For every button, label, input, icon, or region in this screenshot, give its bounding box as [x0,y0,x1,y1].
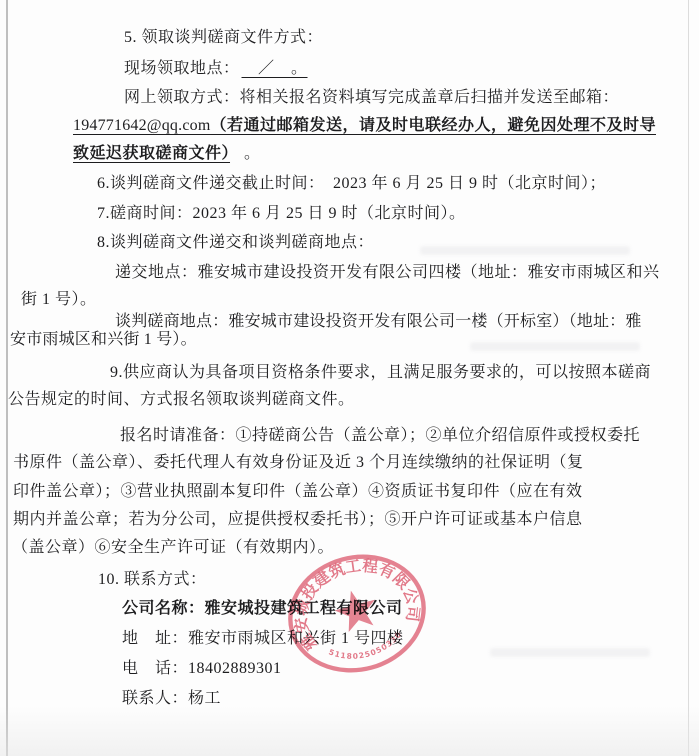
company-name-label: 公司名称： [122,600,205,617]
item7-time: 7.磋商时间：2023 年 6 月 25 日 9 时（北京时间）。 [97,204,466,223]
onsite-pickup-blank: ／ 。 [240,59,310,78]
email-note-line1: （若通过邮箱发送，请及时电联经办人，避免因处理不及时导 [210,117,656,134]
prepare-line3: 印件盖公章）；③营业执照副本复印件（盖公章）④资质证书复印件（应在有效 [13,482,583,501]
prepare-line2: 书原件（盖公章）、委托代理人有效身份证及近 3 个月连续缴纳的社保证明（复 [13,453,584,472]
contact-person-label: 联系人： [122,690,188,707]
scan-bleed-artifact [420,246,630,255]
email-note-period: 。 [244,145,261,162]
item9-line1: 9.供应商认为具备项目资格条件要求，且满足服务要求的，可以按照本磋商 [110,363,651,382]
item6-deadline: 6.谈判磋商文件递交截止时间： 2023 年 6 月 25 日 9 时（北京时间… [97,174,606,193]
email-address: 194771642@qq.com [73,117,210,134]
submit-location-line2: 街 1 号）。 [21,290,97,309]
item5-heading: 5. 领取谈判磋商文件方式： [124,28,323,47]
item8-heading: 8.谈判磋商文件递交和谈判磋商地点： [97,233,374,252]
email-note-line2-wrap: 致延迟获取磋商文件）。 [73,144,261,163]
submit-location-line1: 递交地点：雅安城市建设投资开发有限公司四楼（地址：雅安市雨城区和兴 [115,263,660,282]
phone-label: 电 话： [122,660,188,677]
online-method-line: 网上领取方式：将相关报名资料填写完成盖章后扫描并发送至邮箱： [124,88,619,107]
contact-person-line: 联系人：杨工 [122,689,221,708]
scan-bleed-artifact [490,648,650,657]
address-label: 地 址： [122,630,188,647]
contact-person-value: 杨工 [188,690,221,707]
seal-number-text: 5118025050330 [326,628,408,668]
scan-edge-left [6,0,8,756]
prepare-line4: 期内并盖公章；若为分公司，应提供授权委托书）；⑤开户许可证或基本户信息 [13,510,583,529]
onsite-pickup-label: 现场领取地点： [124,60,240,77]
phone-value: 18402889301 [188,660,282,677]
svg-text:5118025050330: 5118025050330 [326,628,408,668]
email-note-line2: 致延迟获取磋商文件） [73,145,230,162]
scan-bottom-shade [0,706,699,756]
phone-line: 电 话：18402889301 [122,659,282,678]
item10-heading: 10. 联系方式： [98,570,207,589]
negotiation-location-line1: 谈判磋商地点：雅安城市建设投资开发有限公司一楼（开标室）（地址：雅 [115,312,642,331]
negotiation-location-line2: 安市雨城区和兴街 1 号）。 [10,330,197,349]
prepare-line1: 报名时请准备：①持磋商公告（盖公章）；②单位介绍信原件或授权委托 [120,426,640,445]
scanned-document-page: 5. 领取谈判磋商文件方式： 现场领取地点： ／ 。 网上领取方式：将相关报名资… [0,0,699,756]
email-line: 194771642@qq.com（若通过邮箱发送，请及时电联经办人，避免因处理不… [73,116,656,135]
item9-line2: 公告规定的时间、方式报名领取谈判磋商文件。 [8,390,355,409]
seal-star-icon [331,585,381,634]
company-seal: 雅安城投建筑工程有限公司 5118025050330 [281,549,433,678]
onsite-pickup-line: 现场领取地点： ／ 。 [124,59,310,78]
scan-edge-right [688,0,689,756]
scan-bleed-artifact [470,342,640,351]
